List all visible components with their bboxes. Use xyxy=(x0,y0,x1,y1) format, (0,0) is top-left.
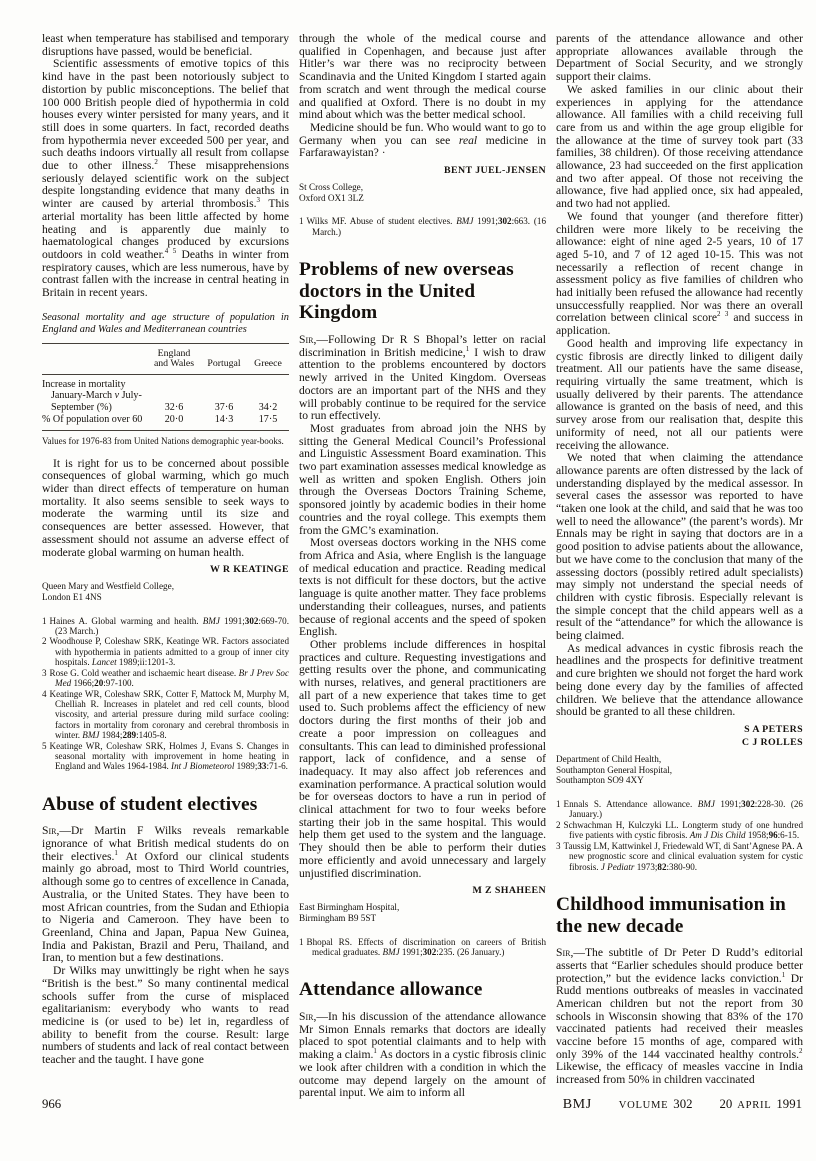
letter-paragraph: through the whole of the medical course … xyxy=(299,33,546,122)
reference-list: 1Bhopal RS. Effects of discrimination on… xyxy=(299,937,546,958)
column-middle: through the whole of the medical course … xyxy=(299,33,546,1100)
column-right: parents of the attendance allowance and … xyxy=(556,33,803,1100)
column-left: least when temperature has stabilised an… xyxy=(42,33,289,1100)
letter-paragraph: As medical advances in cystic fibrosis r… xyxy=(556,643,803,719)
reference-item: 1Ennals S. Attendance allowance. BMJ 199… xyxy=(556,799,803,820)
journal-name: BMJ xyxy=(563,1097,592,1113)
letter-paragraph: Sir,—In his discussion of the attendance… xyxy=(299,1011,546,1100)
letter-paragraph: It is right for us to be concerned about… xyxy=(42,458,289,560)
letter-paragraph: Sir,—Dr Martin F Wilks reveals remarkabl… xyxy=(42,825,289,965)
signature-peters: S A PETERS xyxy=(556,724,803,735)
letter-paragraph: Most overseas doctors working in the NHS… xyxy=(299,537,546,639)
signature-rolles: C J ROLLES xyxy=(556,737,803,748)
letter-paragraph: Medicine should be fun. Who would want t… xyxy=(299,122,546,160)
letter-paragraph: Scientific assessments of emotive topics… xyxy=(42,58,289,299)
letter-paragraph: We noted that when claiming the attendan… xyxy=(556,452,803,643)
heading-attendance-allowance: Attendance allowance xyxy=(299,979,546,1001)
letter-paragraph: Sir,—Following Dr R S Bhopal’s letter on… xyxy=(299,334,546,423)
signature-keatinge: W R KEATINGE xyxy=(42,564,289,575)
letter-paragraph: Good health and improving life expectanc… xyxy=(556,338,803,452)
table-header-row: England and Wales Portugal Greece xyxy=(42,344,289,375)
author-address: East Birmingham Hospital, Birmingham B9 … xyxy=(299,902,546,923)
letter-paragraph: Most graduates from abroad join the NHS … xyxy=(299,423,546,537)
heading-overseas-doctors: Problems of new overseas doctors in the … xyxy=(299,259,546,324)
page-footer: 966 BMJ VOLUME 302 20 APRIL 1991 xyxy=(42,1097,802,1113)
table-row: % Of population over 60 20·0 14·3 17·5 xyxy=(42,414,289,426)
table-caption: Seasonal mortality and age structure of … xyxy=(42,312,289,336)
heading-childhood-immunisation: Childhood immunisation in the new decade xyxy=(556,894,803,937)
author-address: Queen Mary and Westfield College, London… xyxy=(42,581,289,602)
reference-item: 4Keatinge WR, Coleshaw SRK, Cotter F, Ma… xyxy=(42,689,289,741)
reference-list: 1Haines A. Global warming and health. BM… xyxy=(42,616,289,772)
reference-item: 3Rose G. Cold weather and ischaemic hear… xyxy=(42,668,289,689)
letter-paragraph: Other problems include differences in ho… xyxy=(299,639,546,880)
table-header-portugal: Portugal xyxy=(201,359,247,370)
reference-item: 1Bhopal RS. Effects of discrimination on… xyxy=(299,937,546,958)
reference-item: 2Schwachman H, Kulczyki LL. Longterm stu… xyxy=(556,820,803,841)
heading-student-electives: Abuse of student electives xyxy=(42,794,289,816)
journal-page: least when temperature has stabilised an… xyxy=(0,0,816,1161)
table-row: January-March v July- xyxy=(42,390,289,402)
table-footnote: Values for 1976-83 from United Nations d… xyxy=(42,436,289,447)
letter-paragraph: parents of the attendance allowance and … xyxy=(556,33,803,84)
table-row: Increase in mortality xyxy=(42,379,289,391)
table-grid: England and Wales Portugal Greece Increa… xyxy=(42,343,289,432)
reference-item: 5Keatinge WR, Coleshaw SRK, Holmes J, Ev… xyxy=(42,741,289,772)
author-address: St Cross College, Oxford OX1 3LZ xyxy=(299,182,546,203)
page-number: 966 xyxy=(42,1097,61,1112)
table-row: September (%) 32·6 37·6 34·2 xyxy=(42,402,289,414)
signature-juel-jensen: BENT JUEL-JENSEN xyxy=(299,165,546,176)
seasonal-mortality-table: Seasonal mortality and age structure of … xyxy=(42,312,289,447)
reference-item: 3Taussig LM, Kattwinkel J, Friedewald WT… xyxy=(556,841,803,872)
table-header-greece: Greece xyxy=(247,359,289,370)
signature-shaheen: M Z SHAHEEN xyxy=(299,885,546,896)
reference-item: 1Wilks MF. Abuse of student electives. B… xyxy=(299,216,546,237)
journal-footer-line: BMJ VOLUME 302 20 APRIL 1991 xyxy=(563,1097,802,1113)
volume-label: VOLUME 302 xyxy=(619,1097,693,1112)
letter-paragraph: Sir,—The subtitle of Dr Peter D Rudd’s e… xyxy=(556,947,803,1087)
reference-item: 2Woodhouse P, Coleshaw SRK, Keatinge WR.… xyxy=(42,636,289,667)
letter-paragraph: Dr Wilks may unwittingly be right when h… xyxy=(42,965,289,1067)
reference-item: 1Haines A. Global warming and health. BM… xyxy=(42,616,289,637)
author-address: Department of Child Health, Southampton … xyxy=(556,754,803,786)
letter-paragraph: We asked families in our clinic about th… xyxy=(556,84,803,211)
letter-paragraph: We found that younger (and therefore fit… xyxy=(556,211,803,338)
reference-list: 1Ennals S. Attendance allowance. BMJ 199… xyxy=(556,799,803,872)
issue-date: 20 APRIL 1991 xyxy=(720,1097,803,1112)
table-header-england-wales: England and Wales xyxy=(147,349,201,370)
table-body: Increase in mortality January-March v Ju… xyxy=(42,375,289,431)
letter-paragraph: least when temperature has stabilised an… xyxy=(42,33,289,58)
reference-list: 1Wilks MF. Abuse of student electives. B… xyxy=(299,216,546,237)
letters-columns: least when temperature has stabilised an… xyxy=(42,33,804,1100)
